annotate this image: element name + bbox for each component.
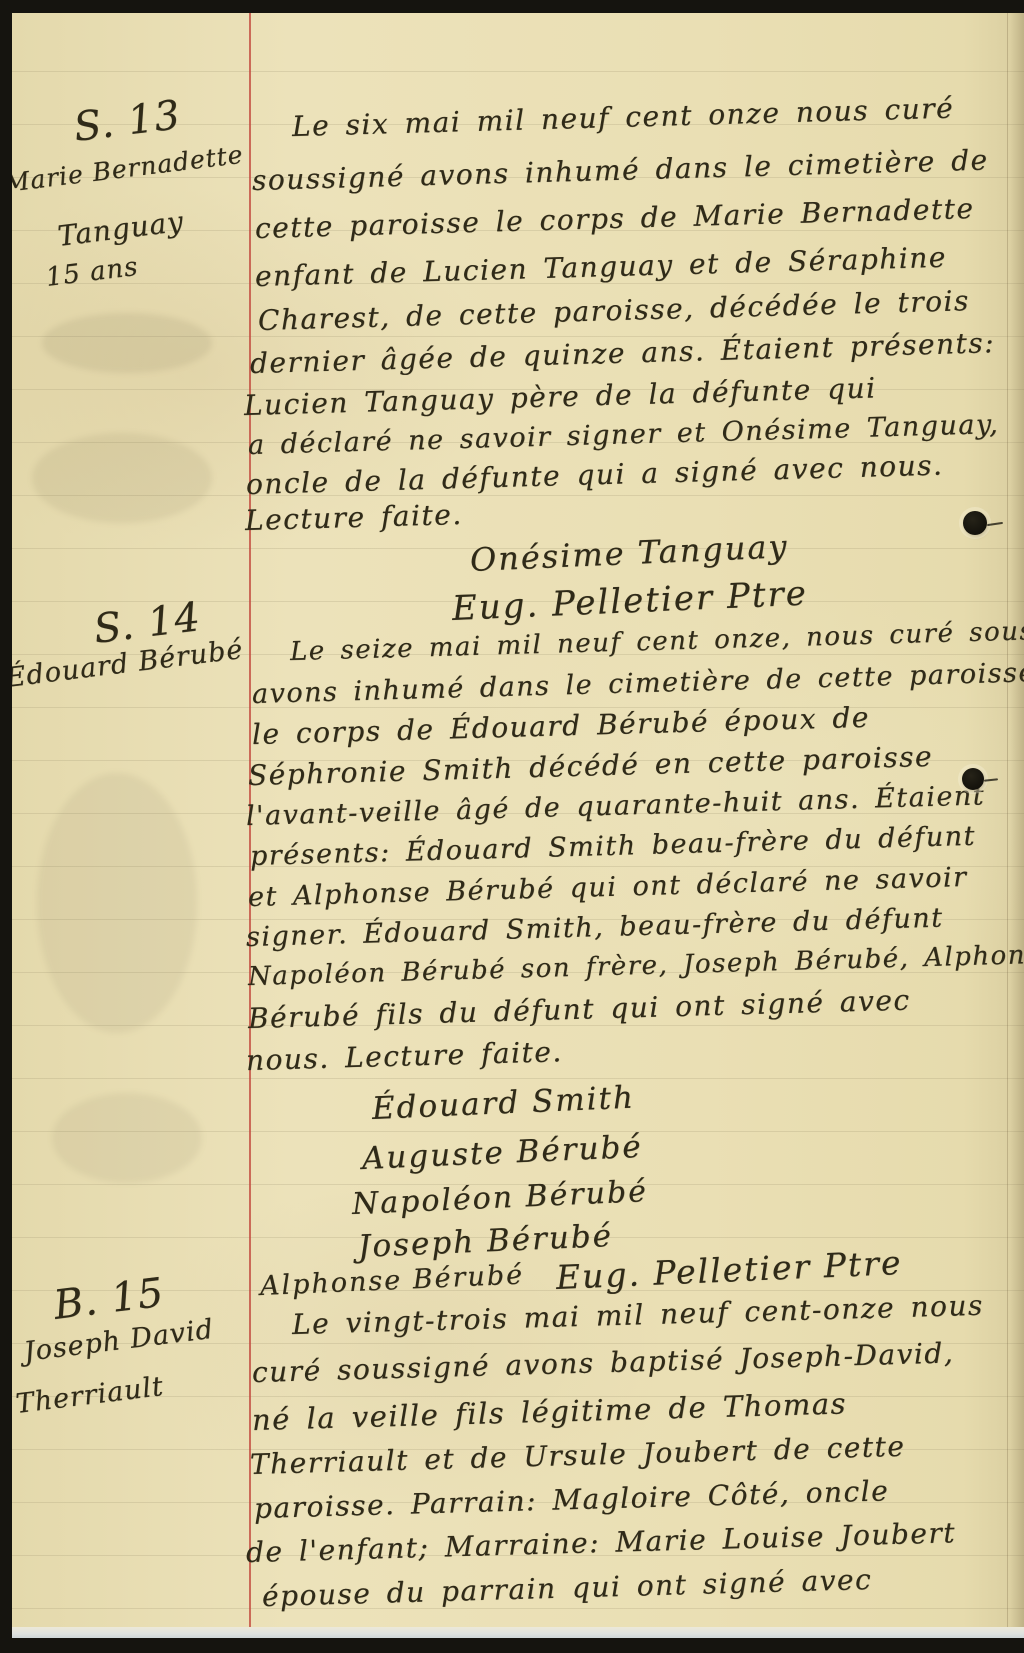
scan-border-bottom	[0, 1638, 1024, 1653]
page-edge-shadow	[1010, 0, 1024, 1653]
page-bottom-edge	[12, 1627, 1024, 1638]
ink-bleed-mark	[42, 313, 212, 373]
ink-bleed-mark	[52, 1093, 202, 1183]
scan-border-top	[0, 0, 1024, 13]
entry1-body-line: Lecture faite.	[245, 500, 464, 537]
page-edge-crease	[1007, 0, 1008, 1653]
document-scan: S. 13 Marie Bernadette Tanguay 15 ans Le…	[0, 0, 1024, 1653]
scan-border-left	[0, 0, 12, 1653]
punch-hole	[963, 511, 987, 535]
punch-hole	[962, 768, 984, 790]
ink-bleed-mark	[32, 433, 212, 523]
ink-bleed-mark	[37, 773, 197, 1033]
